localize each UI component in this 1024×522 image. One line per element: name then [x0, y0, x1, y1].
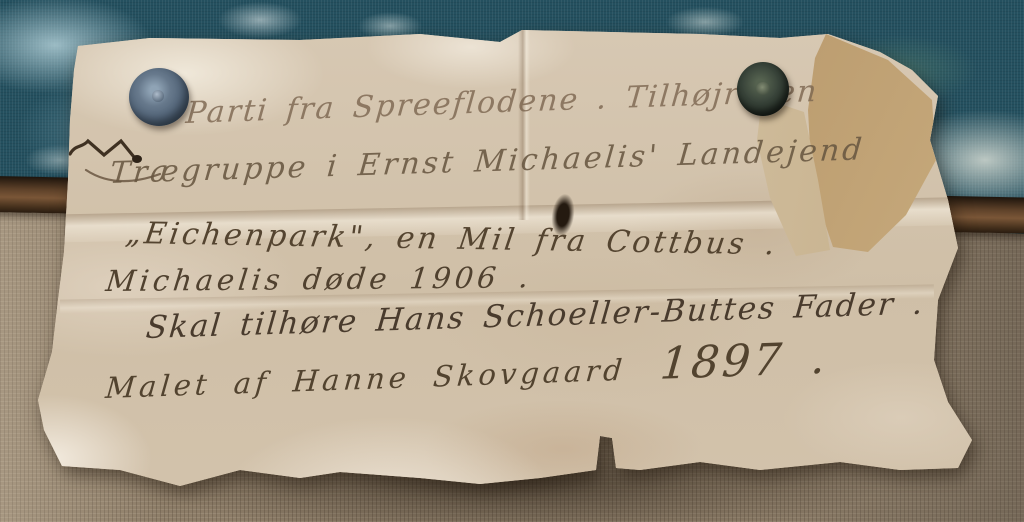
paper-fold-crease-vertical — [518, 28, 530, 220]
handwritten-line-1: Parti fra Spreeflodene . Tilhøjre en — [184, 74, 819, 131]
left-metal-tack — [129, 68, 189, 126]
photo-scene: Parti fra Spreeflodene . Tilhøjre en Træ… — [0, 0, 1024, 522]
signature-year: 1897 . — [658, 333, 830, 390]
handwritten-line-2: Trægruppe i Ernst Michaelis' Landejend — [108, 132, 866, 191]
handwritten-line-4: Michaelis døde 1906 . — [104, 260, 534, 298]
handwritten-line-3: „Eichenpark", en Mil fra Cottbus . — [124, 216, 781, 262]
right-metal-tack — [737, 62, 789, 116]
handwritten-line-6: Malet af Hanne Skovgaard1897 . — [104, 333, 831, 409]
handwritten-line-6-text: Malet af Hanne Skovgaard — [104, 353, 627, 405]
